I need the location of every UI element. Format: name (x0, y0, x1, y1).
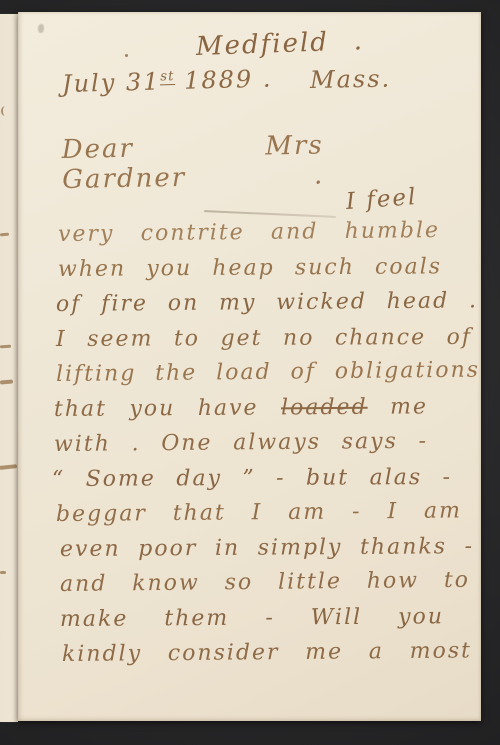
body-line: I seem to get no chance of (56, 324, 472, 354)
place-line: Medfield . (195, 26, 364, 62)
ink-offset-mark (0, 464, 17, 470)
date-text: July 31st 1889 . (62, 64, 273, 98)
date-year: 1889 . (174, 64, 273, 95)
date-day: July 31 (62, 67, 161, 98)
body-line: very contrite and humble (58, 217, 440, 249)
body-line: beggar that I am - I am (56, 497, 462, 529)
body-line: with . One always says - (54, 428, 428, 459)
ink-offset-mark (0, 379, 13, 384)
body-line-suffix: me (368, 394, 429, 419)
body-line: make them - Will you (60, 603, 444, 634)
opening-fragment: I feel (345, 184, 418, 215)
body-line: kindly consider me a most (62, 637, 472, 669)
ink-offset-mark (1, 106, 9, 116)
body-line: when you heap such coals (58, 253, 442, 284)
pencil-smudge (38, 24, 44, 33)
ink-offset-mark (0, 233, 9, 237)
body-line: of fire on my wicked head . (56, 287, 478, 319)
erased-graphite-line (204, 210, 336, 218)
ink-offset-mark (0, 571, 6, 574)
stray-ink-dot (125, 54, 128, 57)
letter-page: Medfield . July 31st 1889 . Mass. Dear M… (18, 12, 481, 721)
salutation: Dear Mrs Gardner . (61, 130, 324, 195)
body-line: and know so little how to (60, 567, 470, 599)
body-line-prefix: that you have (54, 395, 281, 422)
body-line: even poor in simply thanks - (60, 533, 474, 564)
ink-offset-mark (0, 345, 11, 349)
date-ordinal-suffix: st (160, 69, 174, 85)
body-line: that you have loaded me (54, 393, 428, 424)
body-line: “ Some day ” - but alas - (52, 464, 452, 494)
facing-page-edge (0, 14, 18, 722)
body-line: lifting the load of obligations (56, 357, 480, 389)
date-state: Mass. (310, 65, 392, 94)
struck-word: loaded (281, 395, 368, 421)
